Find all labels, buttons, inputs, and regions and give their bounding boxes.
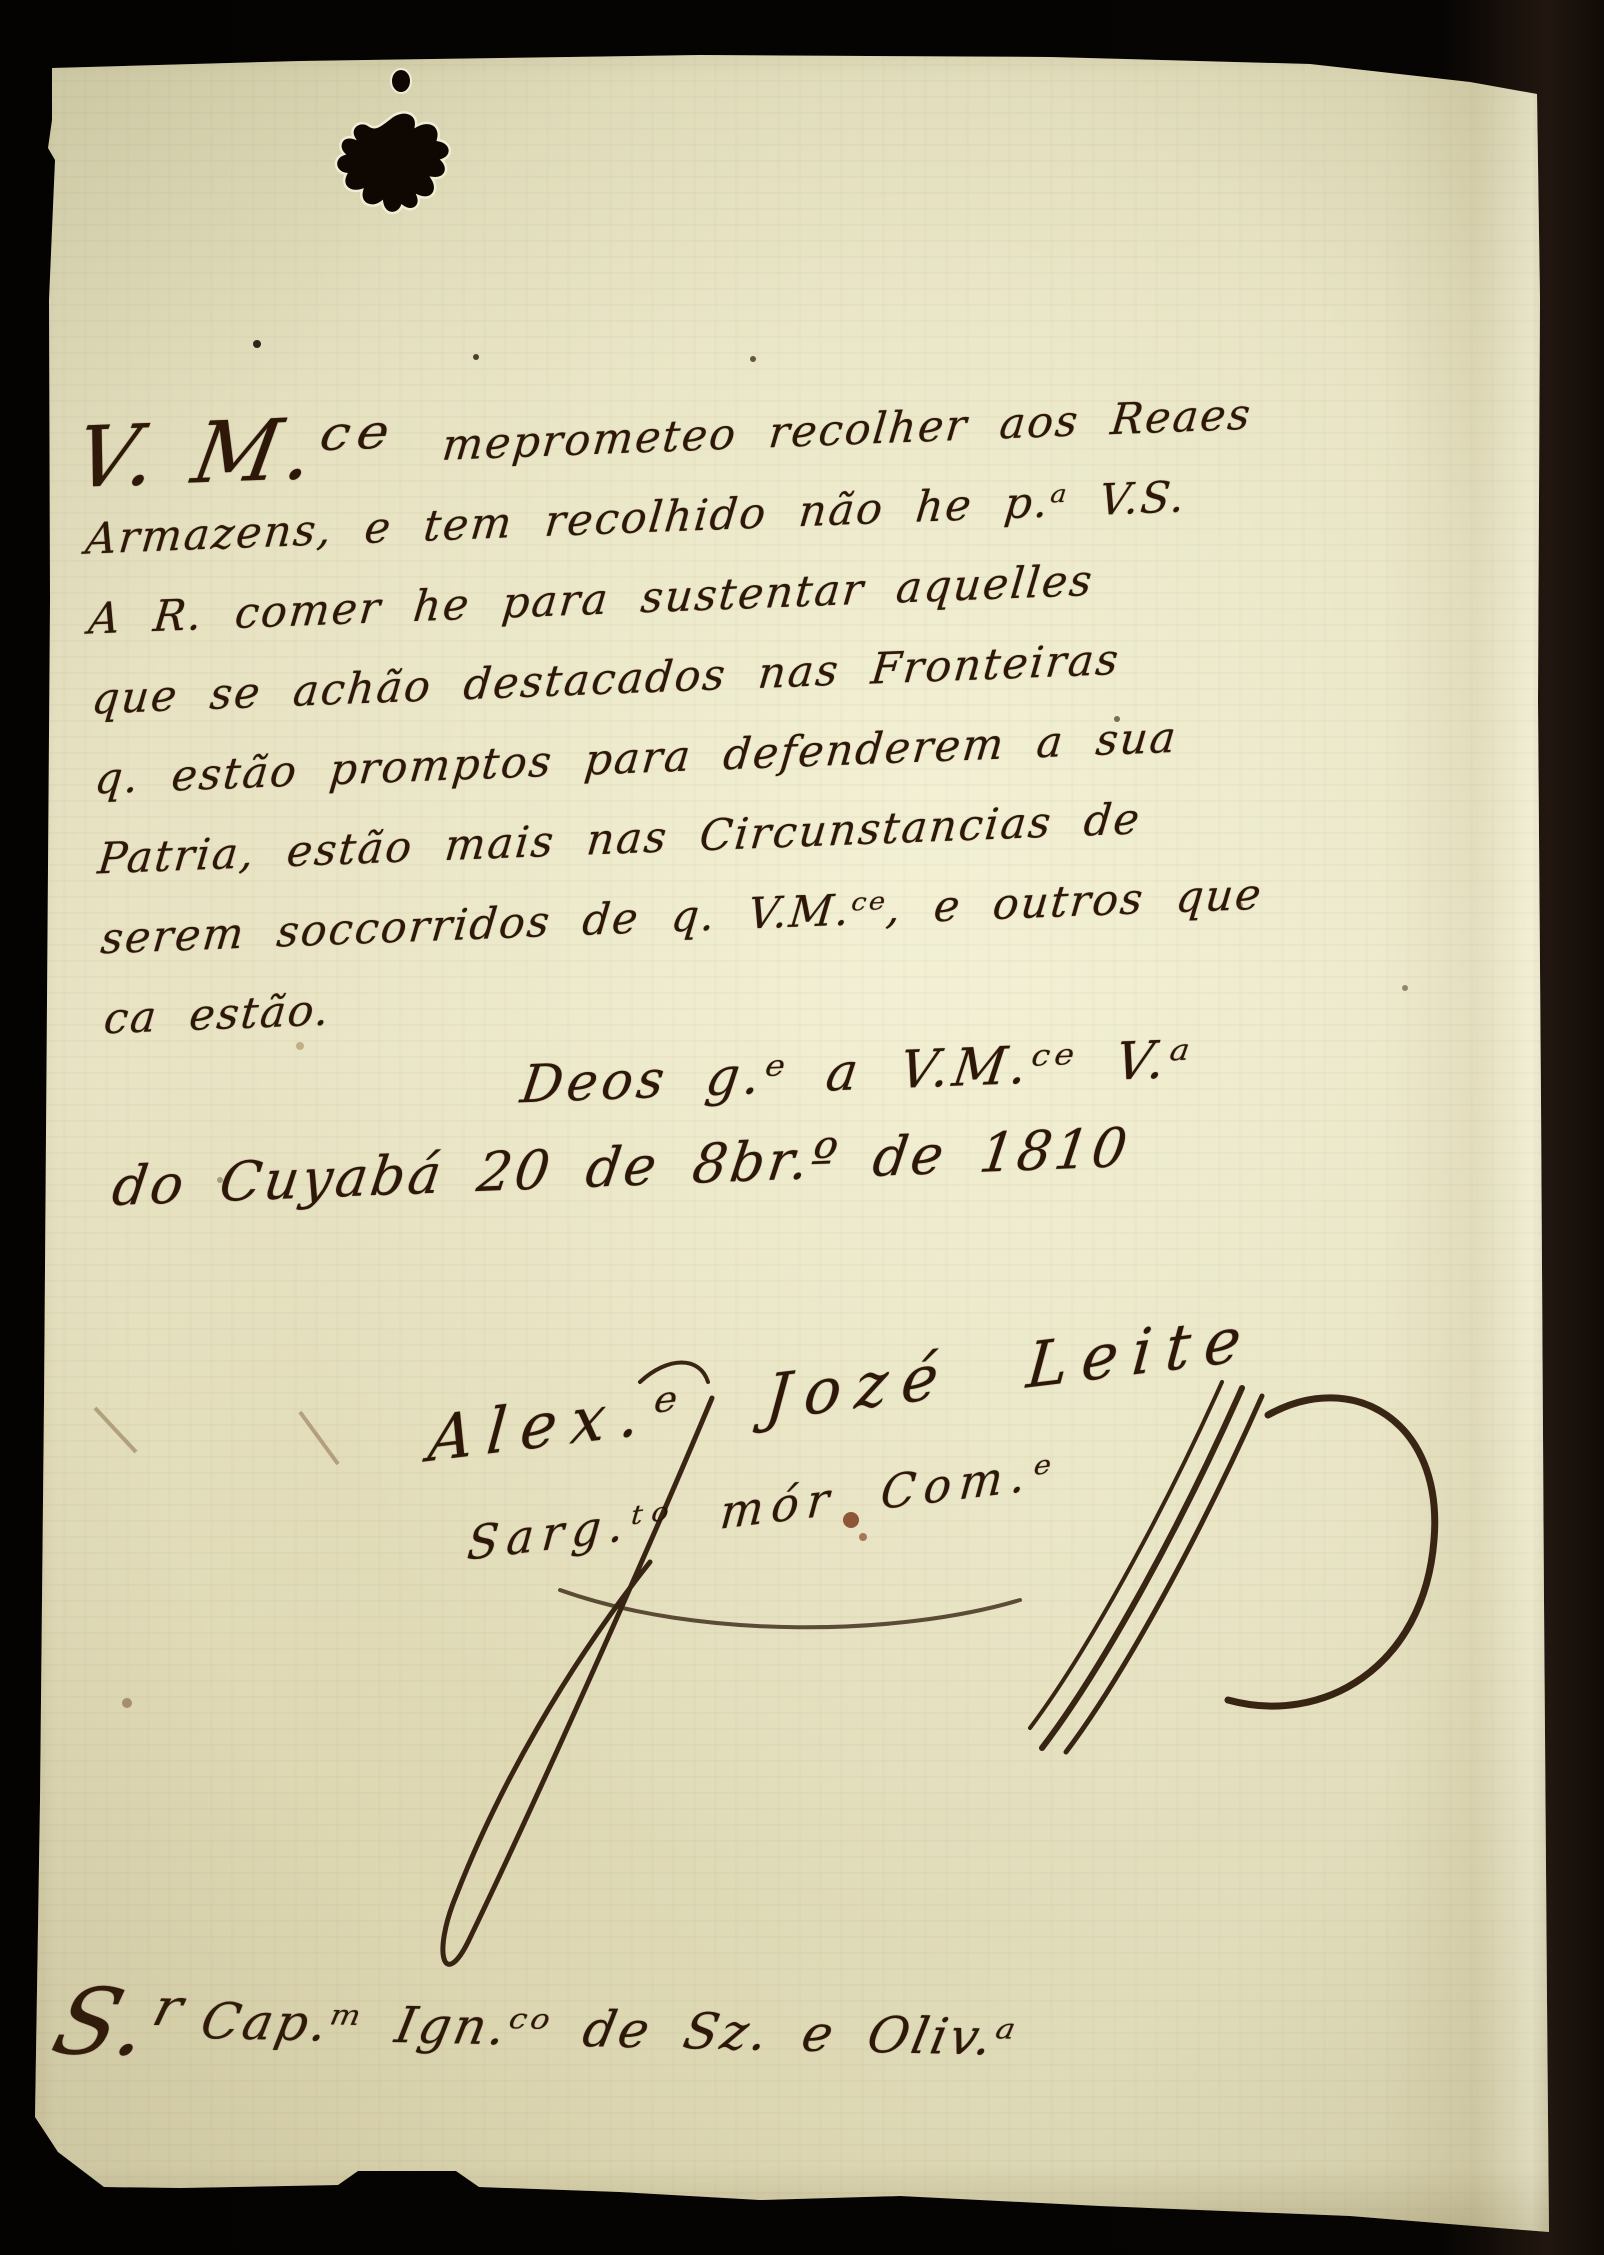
paper-sheet: V. M.ᶜᵉ meprometeo recolher aos Reaes Ar…	[0, 0, 1604, 2255]
paper-shading	[0, 0, 1604, 2255]
photograph-background: V. M.ᶜᵉ meprometeo recolher aos Reaes Ar…	[0, 0, 1604, 2255]
